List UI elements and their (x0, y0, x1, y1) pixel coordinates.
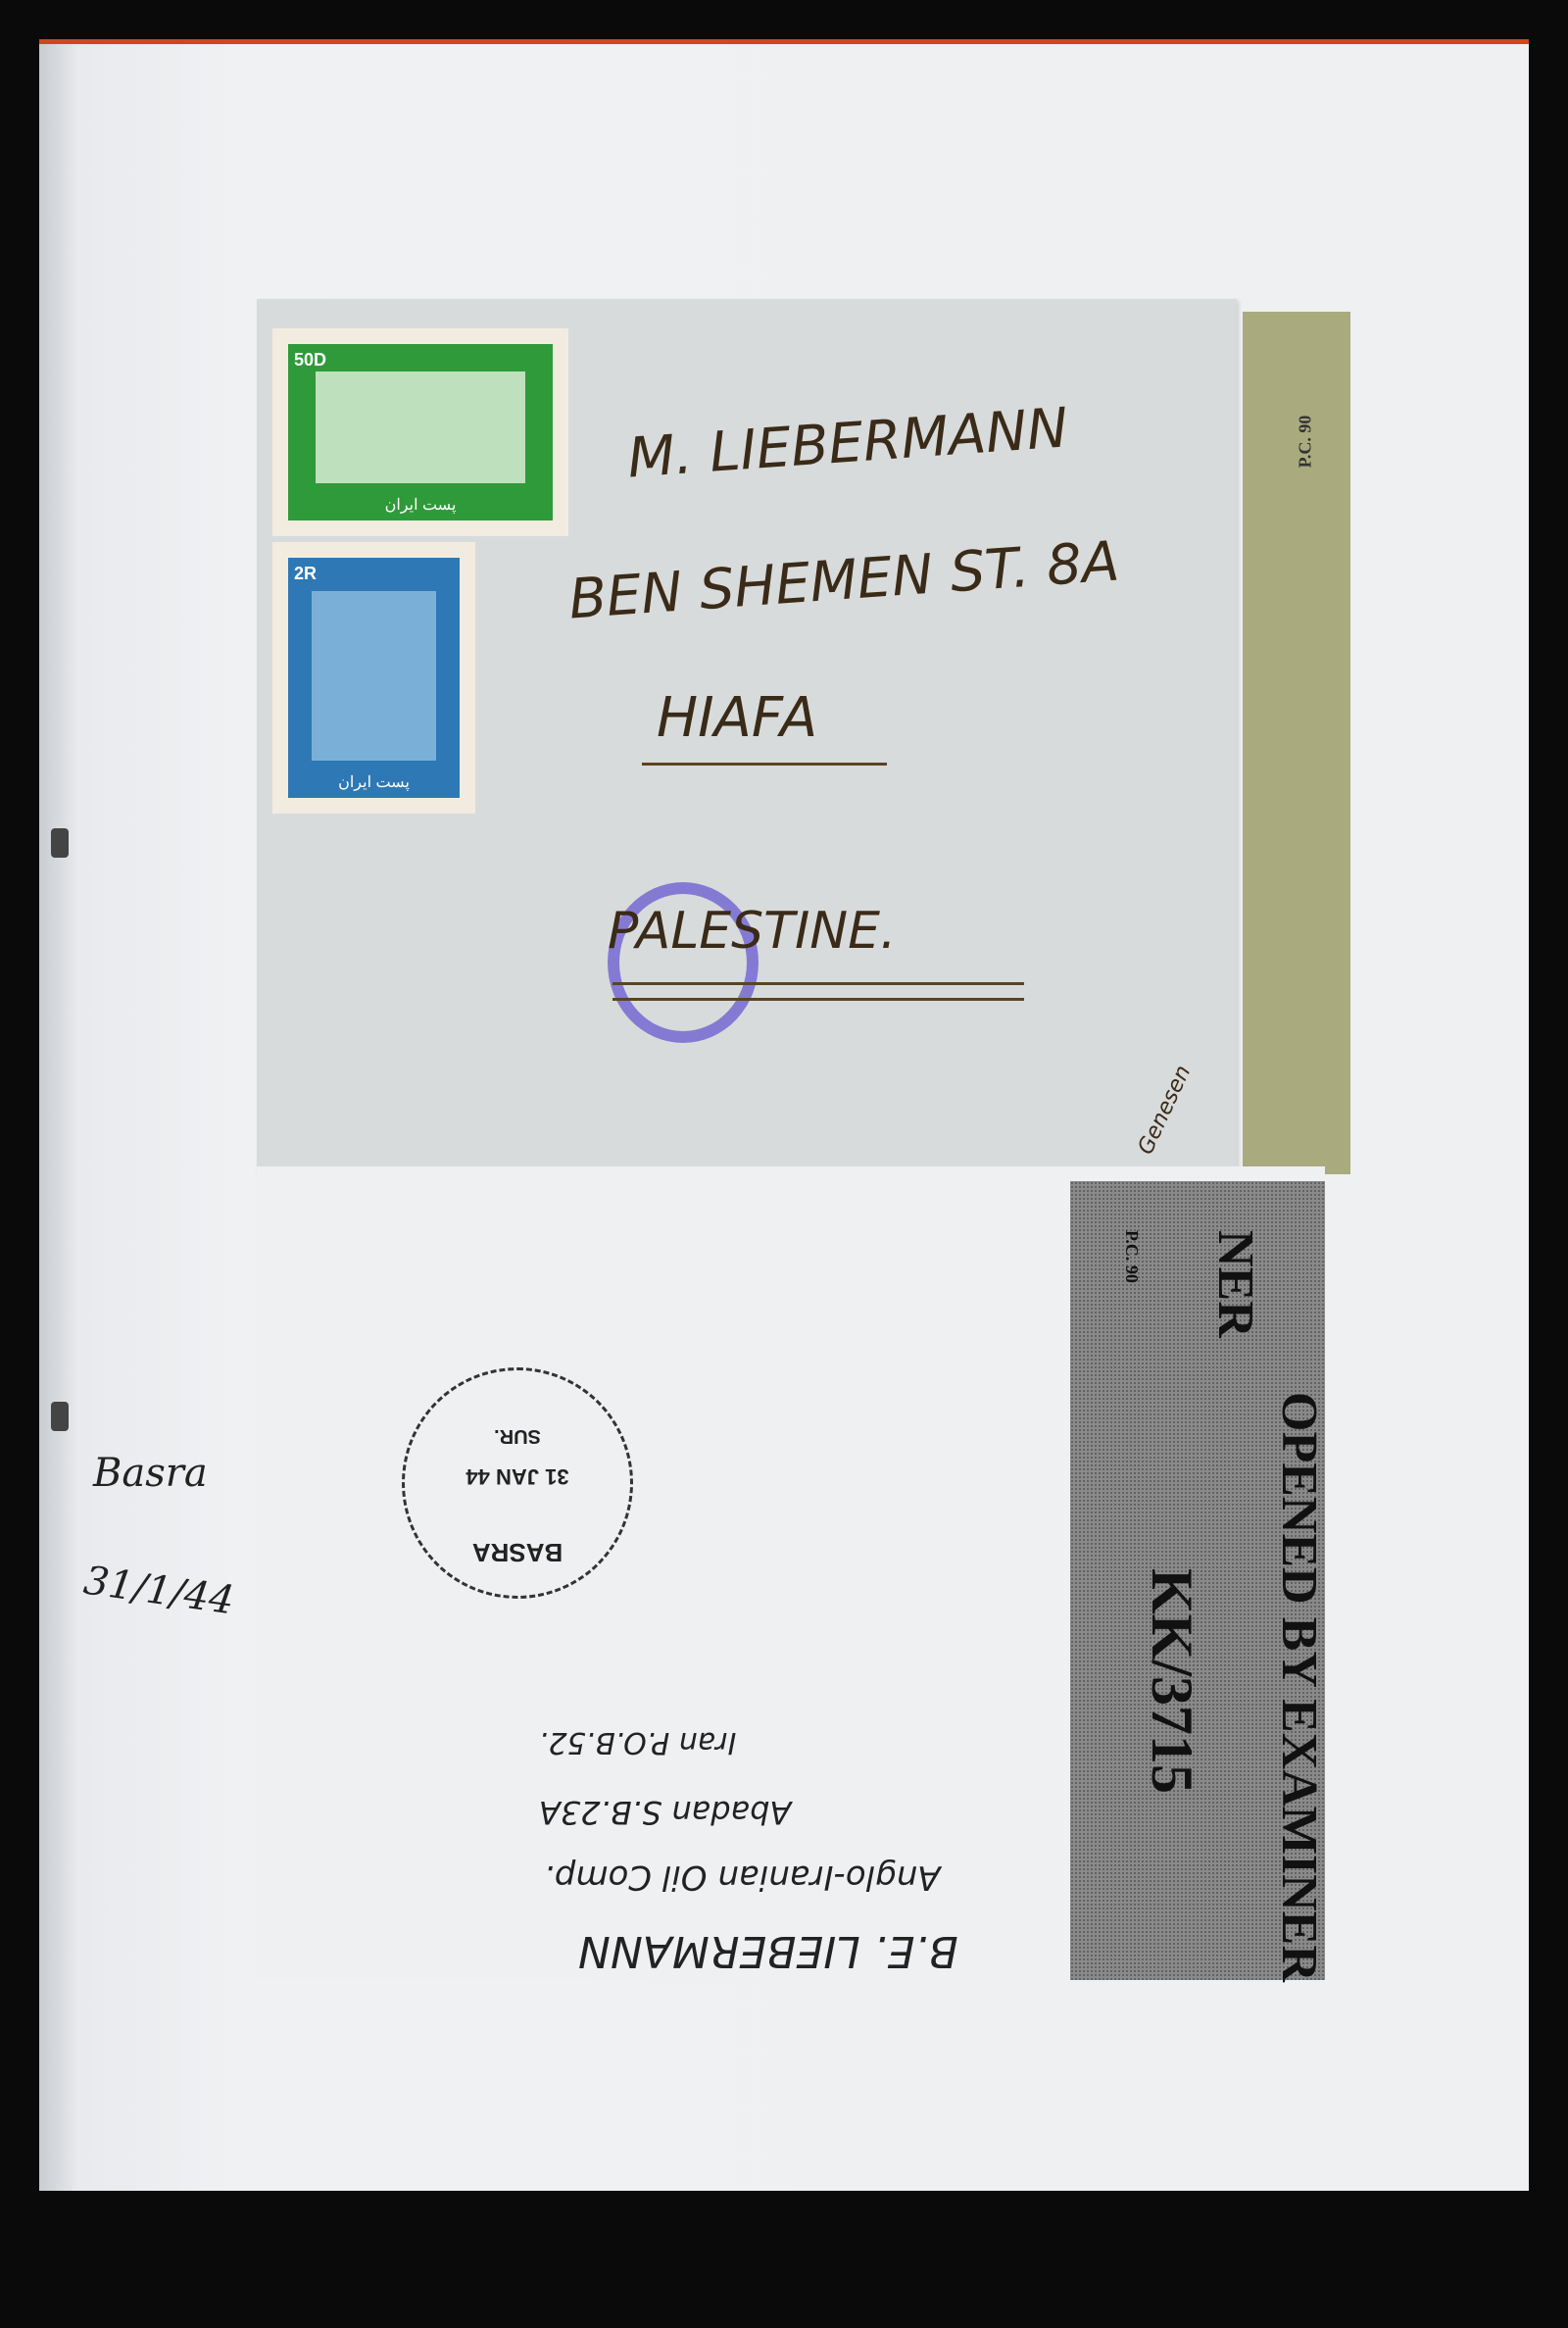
building-image (316, 371, 525, 483)
portrait-image (312, 591, 436, 761)
underline (612, 998, 1024, 1001)
censor-code: P.C. 90 (1295, 416, 1315, 469)
stamp-2r: 2R پست ایران (272, 542, 475, 814)
album-note-place: Basra (93, 1451, 208, 1496)
postmark: BASRA 31 JAN 44 SUR. (402, 1367, 633, 1599)
stamp-50d: 50D پست ایران (272, 328, 568, 536)
underline (612, 982, 1024, 985)
address-line: HIAFA (657, 686, 817, 750)
underline (642, 763, 887, 766)
address-line: PALESTINE. (608, 902, 897, 961)
binder-hole (51, 1402, 69, 1431)
binder-hole (51, 828, 69, 858)
